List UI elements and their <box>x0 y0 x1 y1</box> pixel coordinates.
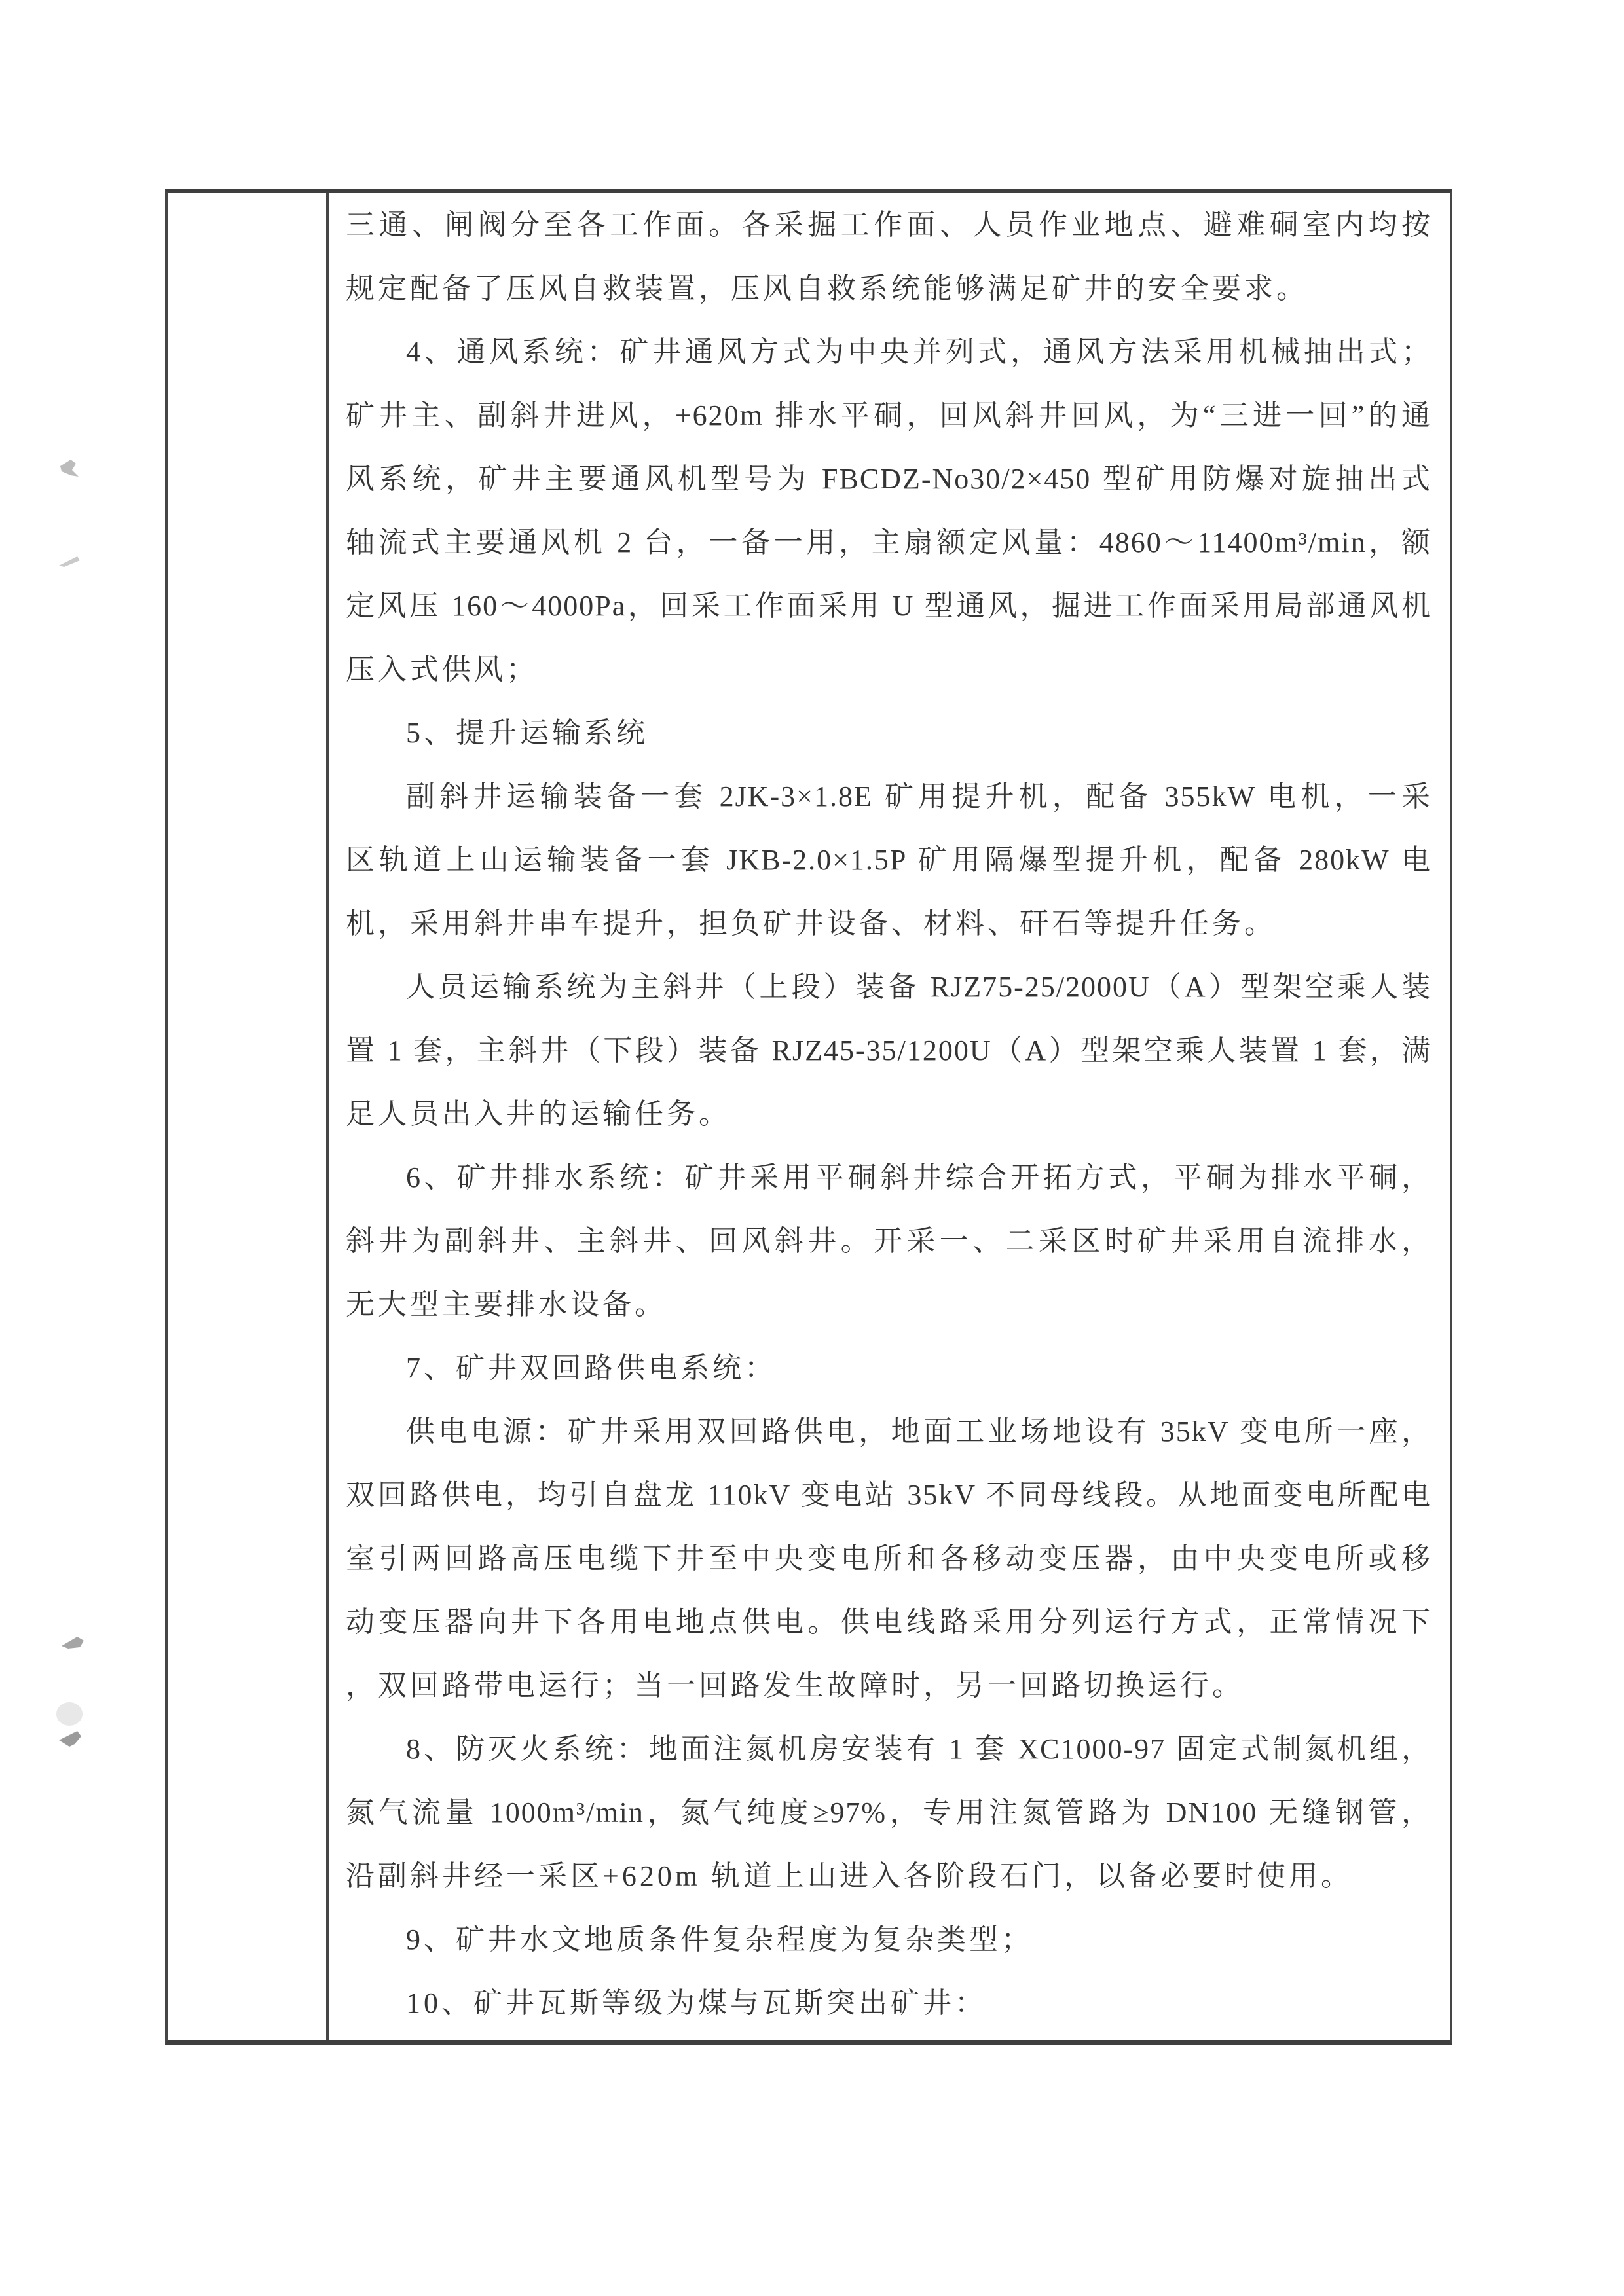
text-line: 沿副斜井经一采区+620m 轨道上山进入各阶段石门，以备必要时使用。 <box>346 1844 1431 1908</box>
text-line: 无大型主要排水设备。 <box>346 1273 1431 1336</box>
text-line: 副斜井运输装备一套 2JK-3×1.8E 矿用提升机，配备 355kW 电机，一… <box>346 765 1431 828</box>
text-line: 氮气流量 1000m³/min，氮气纯度≥97%，专用注氮管路为 DN100 无… <box>346 1781 1431 1844</box>
text-line: 矿井主、副斜井进风，+620m 排水平硐，回风斜井回风，为“三进一回”的通 <box>346 384 1431 447</box>
document-page: 三通、闸阀分至各工作面。各采掘工作面、人员作业地点、避难硐室内均按规定配备了压风… <box>0 0 1624 2296</box>
text-line: 置 1 套，主斜井（下段）装备 RJZ45-35/1200U（A）型架空乘人装置… <box>346 1019 1431 1082</box>
text-line: 定风压 160～4000Pa，回采工作面采用 U 型通风，掘进工作面采用局部通风… <box>346 574 1431 638</box>
text-line: 8、防灭火系统：地面注氮机房安装有 1 套 XC1000-97 固定式制氮机组， <box>346 1717 1431 1781</box>
content-table: 三通、闸阀分至各工作面。各采掘工作面、人员作业地点、避难硐室内均按规定配备了压风… <box>165 189 1452 2045</box>
text-line: 室引两回路高压电缆下井至中央变电所和各移动变压器，由中央变电所或移 <box>346 1527 1431 1590</box>
text-line: 风系统，矿井主要通风机型号为 FBCDZ-No30/2×450 型矿用防爆对旋抽… <box>346 447 1431 511</box>
table-content-cell: 三通、闸阀分至各工作面。各采掘工作面、人员作业地点、避难硐室内均按规定配备了压风… <box>329 193 1450 2040</box>
text-line: 4、通风系统：矿井通风方式为中央并列式，通风方法采用机械抽出式； <box>346 320 1431 384</box>
text-line: 机，采用斜井串车提升，担负矿井设备、材料、矸石等提升任务。 <box>346 892 1431 955</box>
text-line: 双回路供电，均引自盘龙 110kV 变电站 35kV 不同母线段。从地面变电所配… <box>346 1463 1431 1527</box>
text-line: 压入式供风； <box>346 638 1431 701</box>
table-left-column <box>168 193 329 2040</box>
text-line: 区轨道上山运输装备一套 JKB-2.0×1.5P 矿用隔爆型提升机，配备 280… <box>346 828 1431 892</box>
text-line: 6、矿井排水系统：矿井采用平硐斜井综合开拓方式，平硐为排水平硐， <box>346 1146 1431 1209</box>
ink-smudge-icon <box>60 1635 88 1652</box>
text-line: 7、矿井双回路供电系统： <box>346 1336 1431 1400</box>
text-line: 三通、闸阀分至各工作面。各采掘工作面、人员作业地点、避难硐室内均按 <box>346 193 1431 257</box>
ink-smudge-icon <box>58 554 84 568</box>
text-line: 动变压器向井下各用电地点供电。供电线路采用分列运行方式，正常情况下 <box>346 1590 1431 1654</box>
text-line: 供电电源：矿井采用双回路供电，地面工业场地设有 35kV 变电所一座， <box>346 1400 1431 1463</box>
ink-smudge-icon <box>56 457 84 483</box>
text-line: 9、矿井水文地质条件复杂程度为复杂类型； <box>346 1908 1431 1971</box>
text-line: 人员运输系统为主斜井（上段）装备 RJZ75-25/2000U（A）型架空乘人装 <box>346 955 1431 1019</box>
text-line: 足人员出入井的运输任务。 <box>346 1082 1431 1146</box>
ink-smudge-icon <box>52 1700 92 1751</box>
text-line: ，双回路带电运行；当一回路发生故障时，另一回路切换运行。 <box>346 1654 1431 1717</box>
text-line: 10、矿井瓦斯等级为煤与瓦斯突出矿井： <box>346 1971 1431 2035</box>
text-line: 5、提升运输系统 <box>346 701 1431 765</box>
text-line: 斜井为副斜井、主斜井、回风斜井。开采一、二采区时矿井采用自流排水， <box>346 1209 1431 1273</box>
text-line: 规定配备了压风自救装置，压风自救系统能够满足矿井的安全要求。 <box>346 257 1431 320</box>
text-line: 轴流式主要通风机 2 台，一备一用，主扇额定风量：4860～11400m³/mi… <box>346 511 1431 574</box>
